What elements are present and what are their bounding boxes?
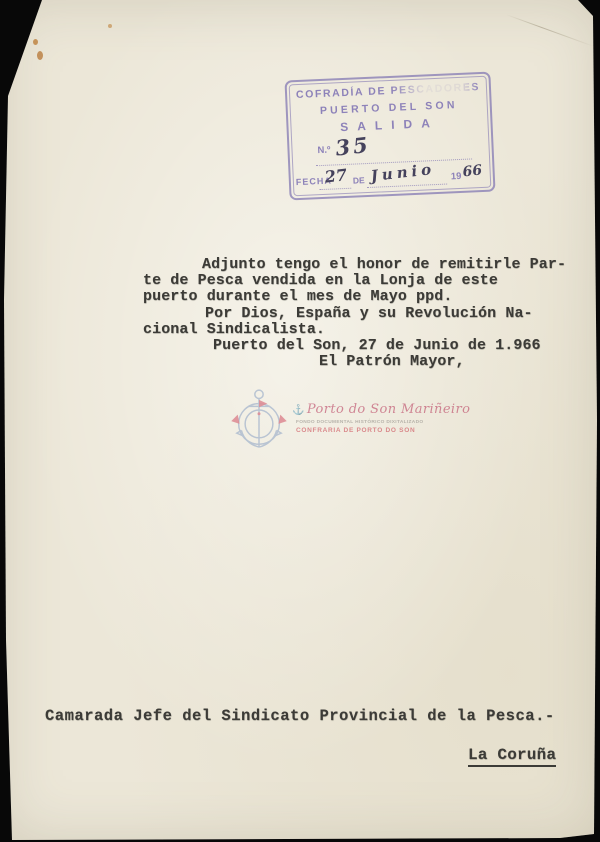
watermark-subtitle-small: FONDO DOCUMENTAL HISTÓRICO DIXITALIZADO	[296, 420, 423, 425]
letter-line: cional Sindicalista.	[143, 322, 566, 338]
archive-watermark: ⚓Porto do Son Mariñeiro FONDO DOCUMENTAL…	[222, 386, 432, 460]
letter-line: Adjunto tengo el honor de remitirle Par-	[202, 257, 566, 273]
stamp-fecha-de-label: DE	[353, 175, 365, 186]
letter-line: puerto durante el mes de Mayo ppd.	[143, 289, 566, 305]
small-anchor-icon: ⚓	[292, 405, 305, 416]
watermark-title-text: Porto do Son Mariñeiro	[307, 402, 470, 417]
addressee-line: Camarada Jefe del Sindicato Provincial d…	[45, 707, 555, 725]
anchor-emblem-icon	[222, 386, 296, 460]
stamp-numero-label: N.º	[317, 145, 330, 157]
stamp-numero-handwritten: 35	[334, 132, 372, 161]
rust-stain	[33, 39, 38, 45]
letter-line: Puerto del Son, 27 de Junio de 1.966	[213, 338, 566, 354]
watermark-title: ⚓Porto do Son Mariñeiro	[292, 402, 470, 417]
stamp-fecha-year-printed: 19	[451, 171, 462, 182]
stamp-fecha-year-handwritten: 66	[462, 162, 483, 180]
letter-signature-line: El Patrón Mayor,	[319, 354, 566, 370]
letter-line: te de Pesca vendida en la Lonja de este	[143, 273, 566, 289]
addressee-city: La Coruña	[468, 746, 556, 767]
scanned-letter-page: COFRADÍA DE PESCADORES PUERTO DEL SON SA…	[0, 0, 600, 842]
letter-line: Por Dios, España y su Revolución Na-	[205, 306, 566, 322]
letter-body: Adjunto tengo el honor de remitirle Par-…	[143, 257, 566, 370]
registry-stamp: COFRADÍA DE PESCADORES PUERTO DEL SON SA…	[284, 72, 495, 201]
paper-crease	[506, 14, 595, 47]
stamp-fecha-day-handwritten: 27	[324, 165, 348, 186]
rust-stain	[37, 51, 43, 60]
watermark-subtitle-red: CONFRARIA DE PORTO DO SON	[296, 427, 415, 434]
rust-stain	[108, 24, 112, 28]
